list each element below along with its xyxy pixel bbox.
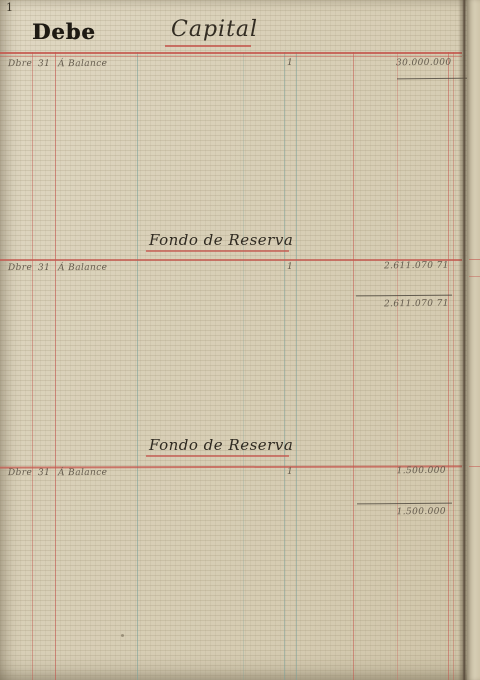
section-heading: Fondo de Reserva [149,436,293,454]
column-rule-amount-1 [353,52,354,680]
ruled-paper-grid [0,0,480,680]
entry-day: 31 [38,468,50,478]
paper-speck [121,634,124,637]
folio-mark: 1 [287,58,293,68]
header-rule-bottom [0,56,462,57]
folio-mark: 1 [287,467,293,477]
entry-month: Dbre [8,59,32,69]
total-line [356,295,452,297]
column-rule-margin-right [453,52,454,680]
debit-title: Debe [32,19,96,44]
page-number: 1 [6,1,13,14]
entry-amount: 1.500.000 [396,466,446,477]
column-rule-mid-faint [243,52,244,680]
entry-amount: 30.000.000 [396,58,446,69]
account-title: Capital [171,17,258,42]
entry-day: 31 [38,263,50,273]
folio-mark: 1 [287,262,293,272]
column-rule-folio-left [284,52,285,680]
section-heading: Fondo de Reserva [149,231,293,249]
column-rule-date-left [32,52,33,680]
entry-month: Dbre [8,263,32,273]
entry-day: 31 [38,59,50,69]
column-rule-amount-3 [448,52,449,680]
column-rule-folio-right [296,52,297,680]
entry-total: 2.611.070 71 [384,299,446,310]
ledger-page: 1 Debe Capital Dbre 31 Á Balance 1 30.00… [0,0,480,680]
section-heading-underline [146,250,289,252]
column-rule-description [137,52,138,680]
facing-page-edge [467,0,480,680]
header-rule-top [0,52,462,54]
column-rule-date-right [55,52,56,680]
entry-description: Á Balance [58,468,107,479]
section-heading-underline [146,455,289,457]
entry-total: 1.500.000 [396,507,446,518]
entry-description: Á Balance [58,59,107,70]
entry-month: Dbre [8,468,32,478]
entry-amount: 2.611.070 71 [384,261,446,272]
total-line [357,503,452,505]
entry-description: Á Balance [58,263,107,274]
account-title-underline [165,45,251,47]
column-rule-amount-2 [397,52,398,680]
